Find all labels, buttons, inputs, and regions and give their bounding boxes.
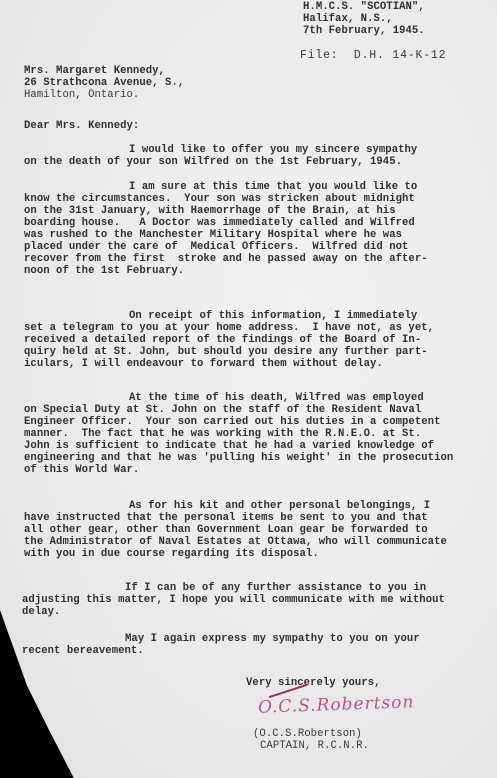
letter-page: H.M.C.S. "SCOTIAN", Halifax, N.S., 7th F… xyxy=(0,0,497,778)
p6-line: adjusting this matter, I hope you will c… xyxy=(22,595,445,606)
p7-line: May I again express my sympathy to you o… xyxy=(125,634,420,645)
header-ship: H.M.C.S. "SCOTIAN", xyxy=(303,2,425,13)
p4-line: engineering and that he was 'pulling his… xyxy=(24,453,453,464)
p5-line: with you in due course regarding its dis… xyxy=(24,549,319,560)
p6-line: If I can be of any further assistance to… xyxy=(125,583,426,594)
p5-line: the Administrator of Naval Estates at Ot… xyxy=(24,537,447,548)
p5-line: As for his kit and other personal belong… xyxy=(129,501,430,512)
p3-line: iculars, I will endeavour to forward the… xyxy=(24,359,383,370)
p5-line: all other gear, other than Government Lo… xyxy=(24,525,428,536)
typed-name: (O.C.S.Robertson) xyxy=(253,729,362,740)
recipient-name: Mrs. Margaret Kennedy, xyxy=(24,66,165,77)
p3-line: set a telegram to you at your home addre… xyxy=(24,323,434,334)
p1-line: I would like to offer you my sincere sym… xyxy=(129,145,417,156)
p2-line: I am sure at this time that you would li… xyxy=(129,182,417,193)
p2-line: was rushed to the Manchester Military Ho… xyxy=(24,230,402,241)
p2-line: know the circumstances. Your son was str… xyxy=(24,194,415,205)
file-reference: File: D.H. 14-K-12 xyxy=(300,50,446,61)
p3-line: On receipt of this information, I immedi… xyxy=(129,311,417,322)
header-city: Halifax, N.S., xyxy=(303,14,393,25)
recipient-street: 26 Strathcona Avenue, S., xyxy=(24,78,184,89)
recipient-city: Hamilton, Ontario. xyxy=(24,90,139,101)
p6-line: delay. xyxy=(22,607,60,618)
p1-line: on the death of your son Wilfred on the … xyxy=(24,157,402,168)
p4-line: John is sufficient to indicate that he h… xyxy=(24,441,434,452)
p2-line: recover from the first stroke and he pas… xyxy=(24,254,428,265)
rank: CAPTAIN, R.C.N.R. xyxy=(260,741,369,752)
p2-line: boarding house. A Doctor was immediately… xyxy=(24,218,415,229)
p2-line: noon of the 1st February. xyxy=(24,266,184,277)
p4-line: At the time of his death, Wilfred was em… xyxy=(129,393,424,404)
p4-line: on Special Duty at St. John on the staff… xyxy=(24,405,421,416)
header-date: 7th February, 1945. xyxy=(303,26,425,37)
salutation: Dear Mrs. Kennedy: xyxy=(24,121,139,132)
p5-line: have instructed that the personal items … xyxy=(24,513,428,524)
p2-line: placed under the care of Medical Officer… xyxy=(24,242,408,253)
valediction: Very sincerely yours, xyxy=(246,678,381,689)
scan-shadow xyxy=(0,610,90,778)
p2-line: on the 31st January, with Haemorrhage of… xyxy=(24,206,396,217)
p3-line: quiry held at St. John, but should you d… xyxy=(24,347,428,358)
p4-line: of this World War. xyxy=(24,465,139,476)
p3-line: received a detailed report of the findin… xyxy=(24,335,421,346)
p4-line: Engineer Officer. Your son carried out h… xyxy=(24,417,440,428)
handwritten-signature: O.C.S.Robertson xyxy=(258,692,415,717)
p4-line: manner. The fact that he was working wit… xyxy=(24,429,421,440)
p7-line: recent bereavement. xyxy=(22,646,144,657)
